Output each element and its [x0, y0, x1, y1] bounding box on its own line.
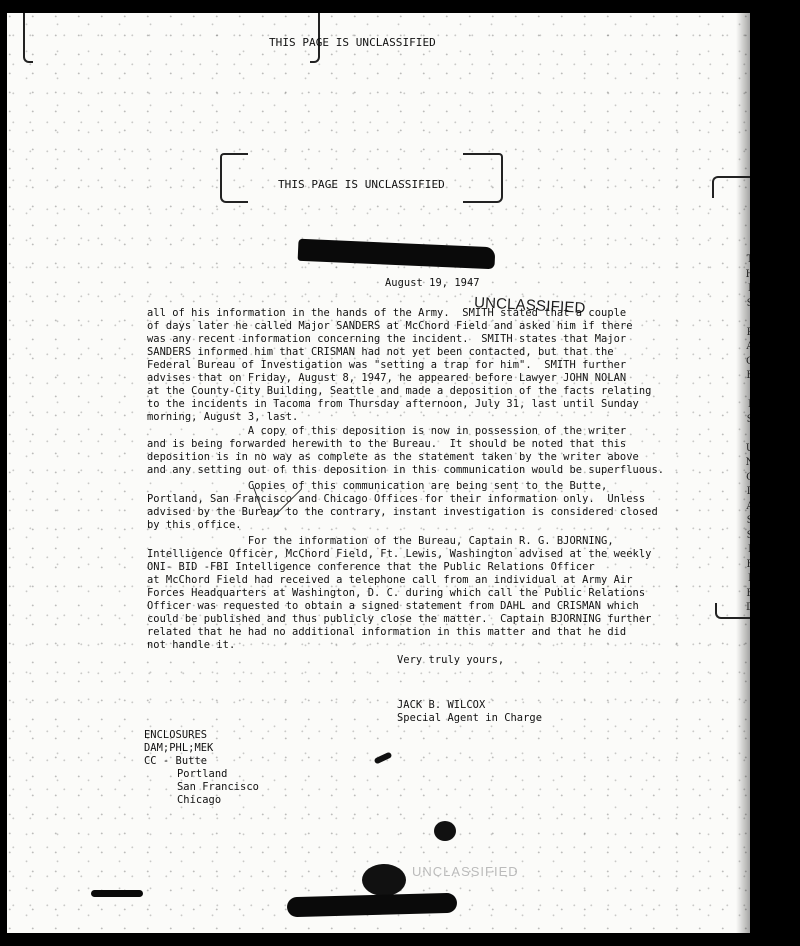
- side-stamp-letter: P: [743, 326, 750, 341]
- top-unclassified-stamp: THIS PAGE IS UNCLASSIFIED: [269, 36, 436, 49]
- side-stamp-letter: I: [743, 543, 750, 558]
- side-stamp-letter: I: [743, 282, 750, 297]
- boxed-unclassified-stamp: THIS PAGE IS UNCLASSIFIED: [278, 178, 445, 191]
- side-stamp-letter: S: [743, 413, 750, 428]
- side-stamp-letter: E: [743, 369, 750, 384]
- paragraph-1: all of his information in the hands of t…: [147, 307, 651, 424]
- top-stamp-bracket-left: [23, 13, 33, 63]
- ink-blot: [362, 864, 406, 896]
- paragraph-2: A copy of this deposition is now in poss…: [147, 425, 664, 477]
- enclosures-block: ENCLOSURES DAM;PHL;MEK CC - Butte Portla…: [144, 729, 259, 807]
- side-stamp-letter: N: [743, 456, 750, 471]
- boxed-stamp-bracket-left: [220, 153, 248, 203]
- side-stamp-letter: H: [743, 268, 750, 283]
- faint-unclassified-stamp: UNCLASSIFIED: [412, 864, 519, 879]
- side-stamp-letter: C: [743, 471, 750, 486]
- side-stamp-letter: L: [743, 485, 750, 500]
- side-stamp-bracket-top: [712, 176, 750, 198]
- signer-name: JACK B. WILCOX: [397, 699, 485, 712]
- side-stamp-letter: S: [743, 297, 750, 312]
- side-stamp-letter: U: [743, 442, 750, 457]
- ink-blot: [374, 751, 393, 764]
- side-stamp-letter: S: [743, 529, 750, 544]
- document-page: THIS PAGE IS UNCLASSIFIED THIS PAGE IS U…: [7, 13, 750, 933]
- smudge-mark: [91, 890, 143, 897]
- paragraph-4: For the information of the Bureau, Capta…: [147, 535, 651, 652]
- side-stamp-letter: A: [743, 340, 750, 355]
- paragraph-3: Copies of this communication are being s…: [147, 480, 658, 532]
- boxed-stamp-bracket-right: [463, 153, 503, 203]
- side-stamp-letter: S: [743, 514, 750, 529]
- side-stamp-letter: I: [743, 572, 750, 587]
- letter-date: August 19, 1947: [385, 277, 480, 290]
- redaction-bar: [298, 239, 496, 270]
- typist-initials: DAM;PHL;MEK: [144, 742, 259, 755]
- enclosures-label: ENCLOSURES: [144, 729, 259, 742]
- side-stamp-letter: A: [743, 500, 750, 515]
- side-stamp-letter: [743, 311, 750, 326]
- signer-title: Special Agent in Charge: [397, 712, 542, 725]
- ink-blot: [434, 821, 456, 841]
- side-stamp-letter: E: [743, 587, 750, 602]
- closing-salutation: Very truly yours,: [397, 654, 504, 667]
- side-stamp-letter: I: [743, 398, 750, 413]
- side-stamp-letter: D: [743, 601, 750, 616]
- smudge-bar: [287, 893, 457, 917]
- side-stamp-letter: T: [743, 253, 750, 268]
- side-unclassified-stamp: THIS PAGE IS UNCLASSIFIED: [743, 253, 750, 616]
- side-stamp-letter: [743, 427, 750, 442]
- side-stamp-letter: F: [743, 558, 750, 573]
- side-stamp-letter: [743, 384, 750, 399]
- cc-line: CC - Butte: [144, 755, 259, 768]
- side-stamp-letter: G: [743, 355, 750, 370]
